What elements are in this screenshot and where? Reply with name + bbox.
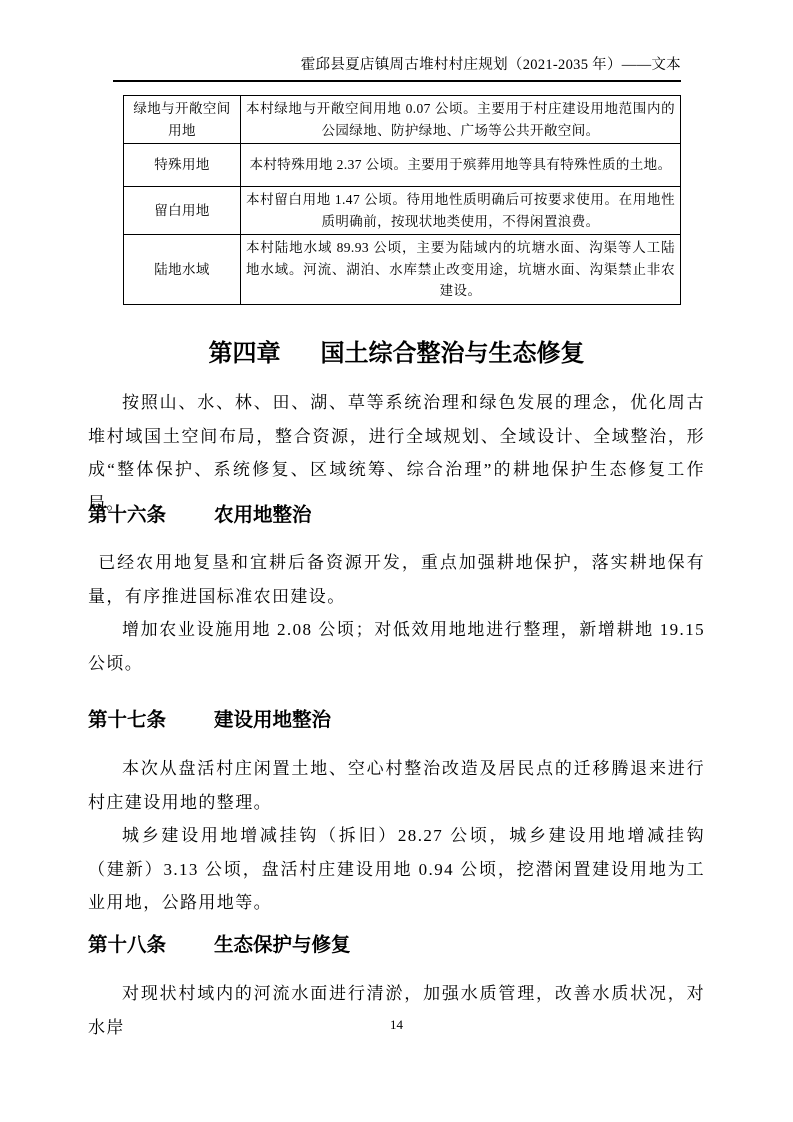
chapter-title-text: 国土综合整治与生态修复 [321,340,585,367]
table-row: 陆地水域 本村陆地水域 89.93 公顷，主要为陆域内的坑塘水面、沟渠等人工陆地… [124,235,681,305]
paragraph: 本次从盘活村庄闲置土地、空心村整治改造及居民点的迁移腾退来进行村庄建设用地的整理… [88,752,705,819]
land-description: 本村留白用地 1.47 公顷。待用地性质明确后可按要求使用。在用地性质明确前，按… [241,187,681,235]
land-description: 本村陆地水域 89.93 公顷，主要为陆域内的坑塘水面、沟渠等人工陆地水域。河流… [241,235,681,305]
paragraph: 已经农用地复垦和宜耕后备资源开发，重点加强耕地保护，落实耕地保有量，有序推进国标… [88,546,705,613]
document-page: 霍邱县夏店镇周古堆村村庄规划（2021-2035 年）——文本 绿地与开敞空间用… [0,0,793,1122]
section-number: 第十六条 [88,504,166,526]
section-heading-16: 第十六条农用地整治 [88,502,705,528]
section-number: 第十七条 [88,709,166,731]
section-title: 建设用地整治 [214,709,331,731]
chapter-title: 第四章国土综合整治与生态修复 [88,339,705,369]
paragraph: 增加农业设施用地 2.08 公顷；对低效用地地进行整理，新增耕地 19.15 公… [88,613,705,680]
section-title: 农用地整治 [214,504,312,526]
land-category: 特殊用地 [124,144,241,187]
land-description: 本村特殊用地 2.37 公顷。主要用于殡葬用地等具有特殊性质的土地。 [241,144,681,187]
paragraph: 按照山、水、林、田、湖、草等系统治理和绿色发展的理念，优化周古堆村域国土空间布局… [88,386,705,520]
chapter-number: 第四章 [209,340,281,367]
table-row: 绿地与开敞空间用地 本村绿地与开敞空间用地 0.07 公顷。主要用于村庄建设用地… [124,96,681,144]
page-number: 14 [0,1016,793,1034]
page-header: 霍邱县夏店镇周古堆村村庄规划（2021-2035 年）——文本 [113,55,681,82]
land-category: 绿地与开敞空间用地 [124,96,241,144]
section-16-body: 已经农用地复垦和宜耕后备资源开发，重点加强耕地保护，落实耕地保有量，有序推进国标… [88,546,705,680]
section-title: 生态保护与修复 [214,934,351,956]
section-17-body: 本次从盘活村庄闲置土地、空心村整治改造及居民点的迁移腾退来进行村庄建设用地的整理… [88,752,705,920]
chapter-intro: 按照山、水、林、田、湖、草等系统治理和绿色发展的理念，优化周古堆村域国土空间布局… [88,386,705,520]
land-category: 陆地水域 [124,235,241,305]
land-use-table: 绿地与开敞空间用地 本村绿地与开敞空间用地 0.07 公顷。主要用于村庄建设用地… [123,95,681,305]
document-title: 霍邱县夏店镇周古堆村村庄规划（2021-2035 年）——文本 [301,57,681,73]
land-description: 本村绿地与开敞空间用地 0.07 公顷。主要用于村庄建设用地范围内的公园绿地、防… [241,96,681,144]
section-number: 第十八条 [88,934,166,956]
table-row: 特殊用地 本村特殊用地 2.37 公顷。主要用于殡葬用地等具有特殊性质的土地。 [124,144,681,187]
paragraph: 城乡建设用地增减挂钩（拆旧）28.27 公顷，城乡建设用地增减挂钩（建新）3.1… [88,819,705,920]
section-heading-18: 第十八条生态保护与修复 [88,932,705,958]
section-heading-17: 第十七条建设用地整治 [88,707,705,733]
land-category: 留白用地 [124,187,241,235]
table-row: 留白用地 本村留白用地 1.47 公顷。待用地性质明确后可按要求使用。在用地性质… [124,187,681,235]
